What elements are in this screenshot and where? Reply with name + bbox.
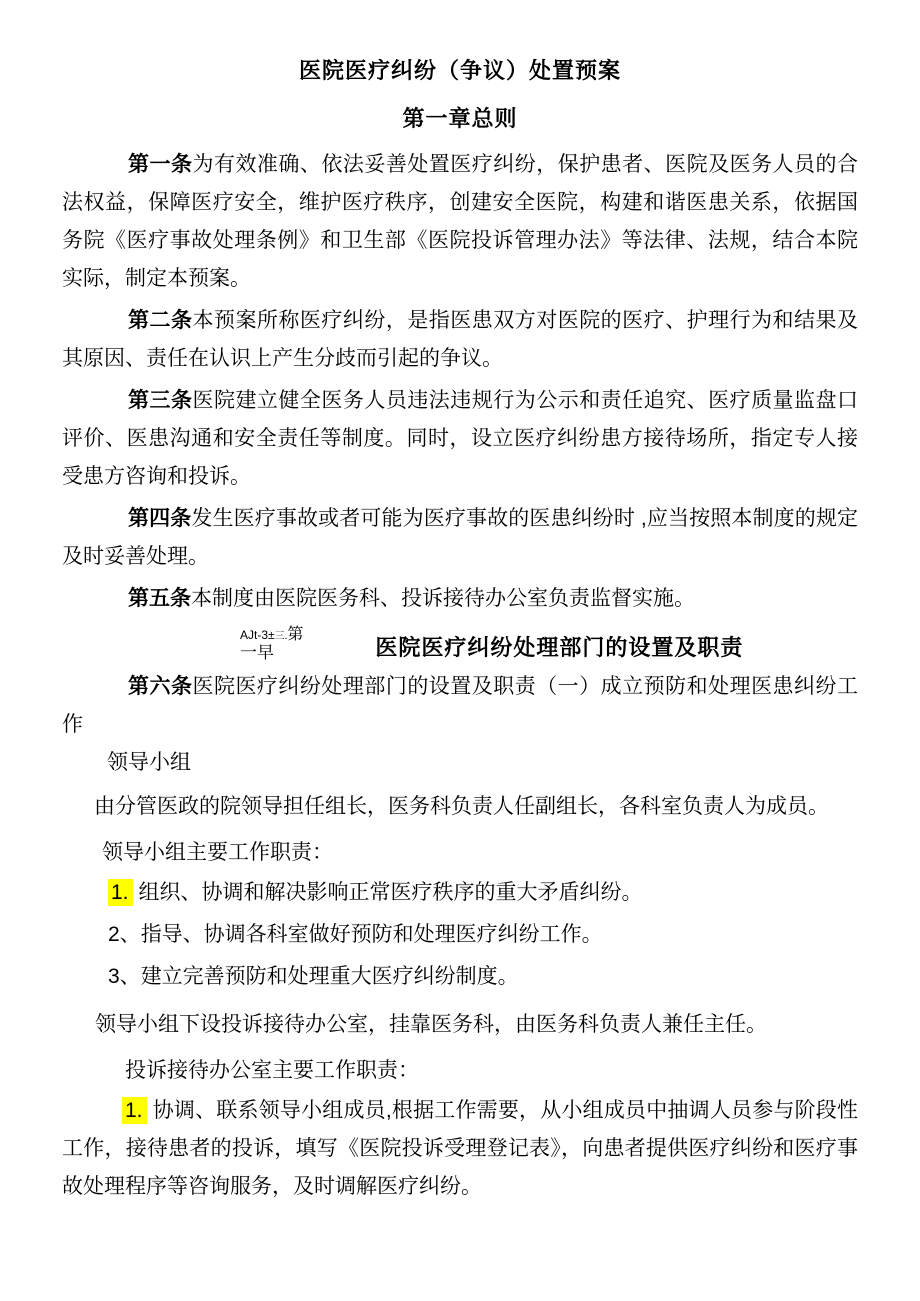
office-duties-intro: 投诉接待办公室主要工作职责： xyxy=(62,1052,858,1090)
leader-group-members: 由分管医政的院领导担任组长，医务科负责人任副组长，各科室负责人为成员。 xyxy=(62,788,858,826)
leader-duty-item-3-text: 建立完善预防和处理重大医疗纠纷制度。 xyxy=(141,965,519,988)
document-page: 医院医疗纠纷（争议）处置预案 第一章总则 第一条为有效准确、依法妥善处置医疗纠纷… xyxy=(0,0,920,1206)
leader-duty-item-3: 3、建立完善预防和处理重大医疗纠纷制度。 xyxy=(62,958,858,996)
chapter-2-heading: 医院医疗纠纷处理部门的设置及职责 xyxy=(375,631,743,662)
highlighted-marker-2: 1. xyxy=(122,1097,147,1124)
office-setup: 领导小组下设投诉接待办公室，挂靠医务科，由医务科负责人兼任主任。 xyxy=(62,1006,858,1044)
item-2-marker: 2、 xyxy=(108,923,141,946)
leader-duty-item-2: 2、指导、协调各科室做好预防和处理医疗纠纷工作。 xyxy=(62,916,858,954)
article-2-label: 第二条 xyxy=(128,309,192,332)
leader-duties-intro: 领导小组主要工作职责： xyxy=(62,834,858,872)
chapter-2-heading-line: AJt-3±三.第 一早 医院医疗纠纷处理部门的设置及职责 xyxy=(240,622,858,662)
item-3-marker: 3、 xyxy=(108,965,141,988)
article-5-text: 本制度由医院医务科、投诉接待办公室负责监督实施。 xyxy=(191,587,695,610)
garbled-text-part3: 第 xyxy=(287,626,303,643)
leader-duty-item-1: 1.组织、协调和解决影响正常医疗秩序的重大矛盾纠纷。 xyxy=(62,874,858,912)
article-4: 第四条发生医疗事故或者可能为医疗事故的医患纠纷时 ,应当按照本制度的规定及时妥善… xyxy=(62,500,858,576)
document-title: 医院医疗纠纷（争议）处置预案 xyxy=(62,54,858,88)
article-5: 第五条本制度由医院医务科、投诉接待办公室负责监督实施。 xyxy=(62,580,858,618)
leader-duty-item-2-text: 指导、协调各科室做好预防和处理医疗纠纷工作。 xyxy=(141,923,603,946)
garbled-text-part1: AJt-3± xyxy=(240,628,275,642)
office-duty-item-1-text: 协调、联系领导小组成员,根据工作需要，从小组成员中抽调人员参与阶段性工作，接待患… xyxy=(62,1099,858,1198)
article-5-label: 第五条 xyxy=(128,587,191,610)
garbled-text-part2: 三. xyxy=(275,631,288,642)
article-6-label: 第六条 xyxy=(128,675,192,698)
article-2: 第二条本预案所称医疗纠纷，是指医患双方对医院的医疗、护理行为和结果及其原因、责任… xyxy=(62,302,858,378)
article-3-label: 第三条 xyxy=(128,389,192,412)
article-6: 第六条医院医疗纠纷处理部门的设置及职责（一）成立预防和处理医患纠纷工作 xyxy=(62,668,858,744)
garbled-chapter-label-bottom: 一早 xyxy=(240,644,303,662)
garbled-chapter-label: AJt-3±三.第 一早 xyxy=(240,622,303,662)
leader-duty-item-1-text: 组织、协调和解决影响正常医疗秩序的重大矛盾纠纷。 xyxy=(139,881,643,904)
highlighted-marker-1: 1. xyxy=(108,879,133,906)
chapter-1-heading: 第一章总则 xyxy=(62,102,858,136)
office-duty-item-1: 1.协调、联系领导小组成员,根据工作需要，从小组成员中抽调人员参与阶段性工作，接… xyxy=(62,1092,858,1206)
article-1-label: 第一条 xyxy=(128,153,192,176)
article-4-label: 第四条 xyxy=(128,507,191,530)
article-3: 第三条医院建立健全医务人员违法违规行为公示和责任追究、医疗质量监盘口评价、医患沟… xyxy=(62,382,858,496)
article-1: 第一条为有效准确、依法妥善处置医疗纠纷，保护患者、医院及医务人员的合法权益，保障… xyxy=(62,146,858,298)
article-6-text-line2: 领导小组 xyxy=(62,744,858,782)
garbled-chapter-label-top: AJt-3±三.第 xyxy=(240,622,303,644)
